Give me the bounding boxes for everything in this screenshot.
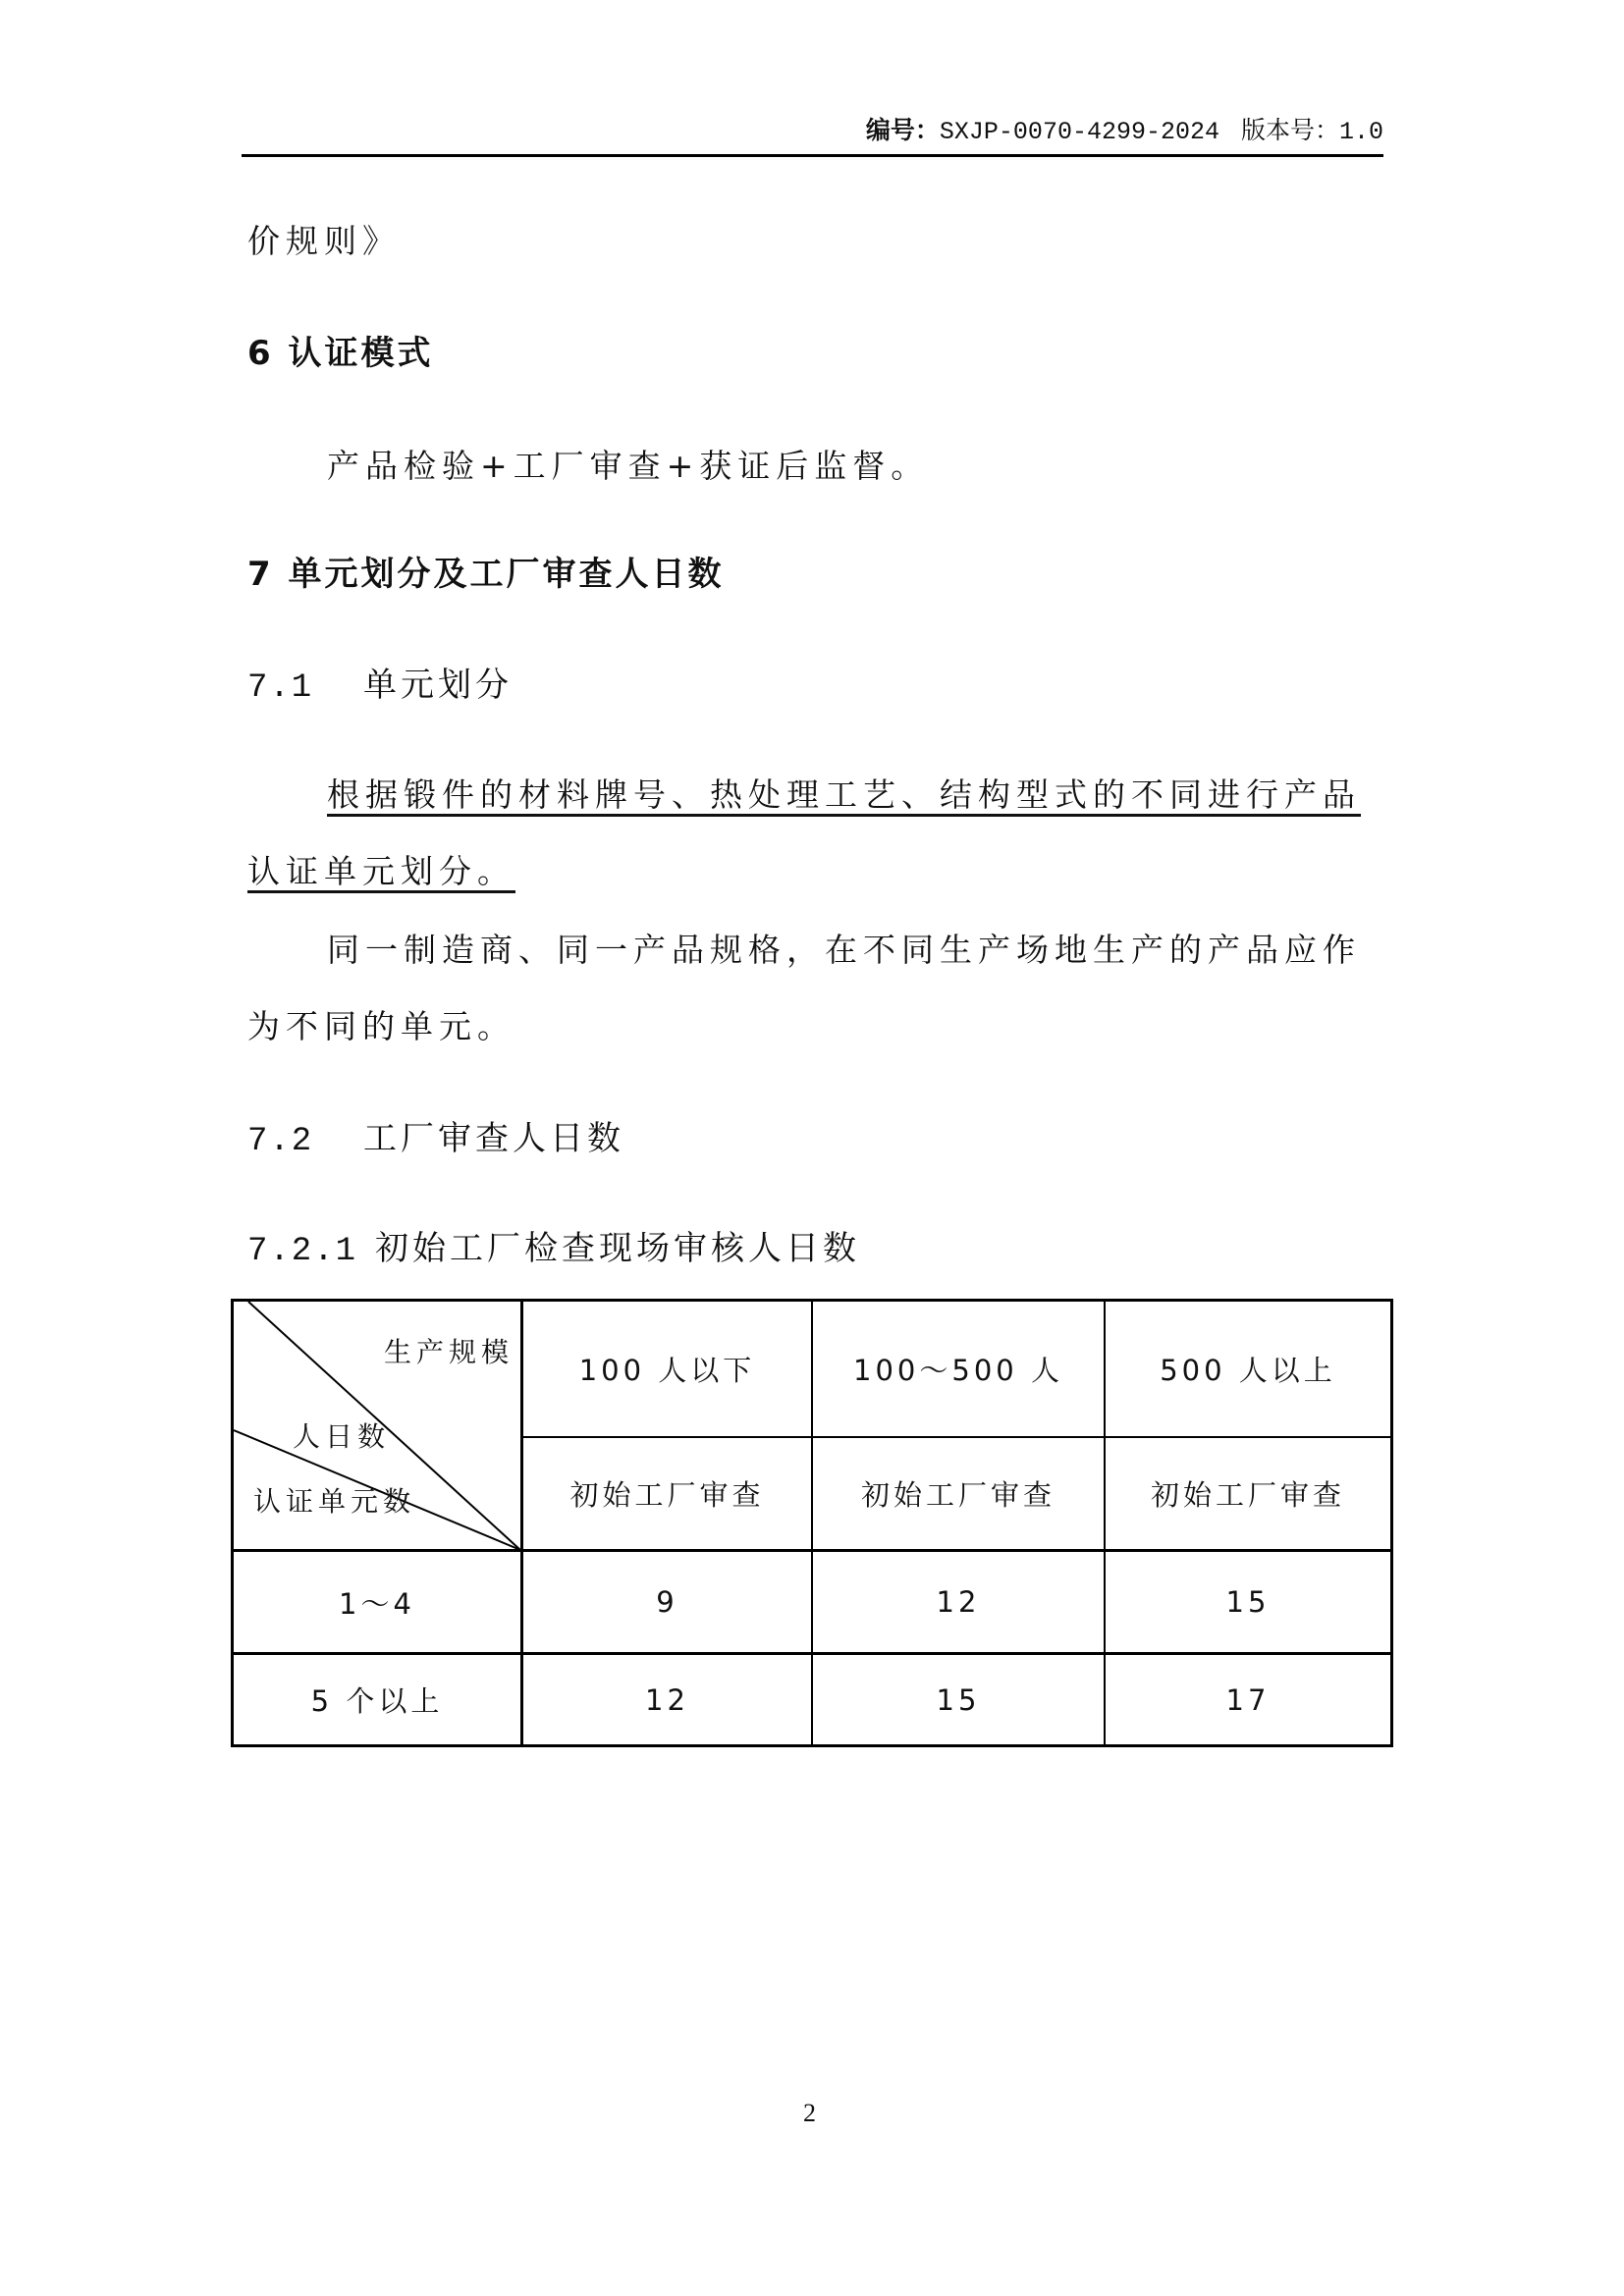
header-rule bbox=[242, 154, 1383, 157]
section-7-2-1-title: 初始工厂检查现场审核人日数 bbox=[375, 1229, 860, 1268]
document-header: 编号：SXJP-0070-4299-2024版本号：1.0 bbox=[242, 116, 1383, 155]
audit-man-days-table: 生产规模 人日数 认证单元数 100 人以下 100～500 人 500 人以上… bbox=[231, 1299, 1393, 1747]
table-cell-value: 9 bbox=[523, 1552, 811, 1652]
section-7-1-para1-line1: 根据锻件的材料牌号、热处理工艺、结构型式的不同进行产品 bbox=[327, 775, 1361, 815]
row-label-5-plus-units: 5 个以上 bbox=[234, 1655, 520, 1744]
section-7-1-number: 7.1 bbox=[247, 668, 363, 708]
table-cell-value: 17 bbox=[1106, 1655, 1390, 1744]
section-7-1-title: 单元划分 bbox=[363, 666, 513, 705]
corner-label-man-days: 人日数 bbox=[293, 1415, 390, 1455]
section-6-heading: 6 认证模式 bbox=[247, 334, 434, 373]
document-code-label: 编号： bbox=[866, 116, 940, 144]
section-7-1-para1-line2: 认证单元划分。 bbox=[247, 852, 515, 891]
document-code-value: SXJP-0070-4299-2024 bbox=[940, 118, 1219, 146]
section-7-heading: 7 单元划分及工厂审查人日数 bbox=[247, 555, 725, 594]
table-cell-value: 15 bbox=[1106, 1552, 1390, 1652]
corner-label-production-scale: 生产规模 bbox=[384, 1331, 514, 1370]
section-7-2-1-number: 7.2.1 bbox=[247, 1232, 363, 1271]
section-7-1-para2-line2: 为不同的单元。 bbox=[247, 1007, 515, 1046]
section-7-2-title: 工厂审查人日数 bbox=[363, 1119, 624, 1158]
section-7-2-heading: 7.2工厂审查人日数 bbox=[247, 1119, 624, 1161]
section-7-2-number: 7.2 bbox=[247, 1122, 363, 1161]
scale-header-large: 500 人以上 bbox=[1106, 1302, 1390, 1436]
sub-header-initial-audit: 初始工厂审查 bbox=[523, 1438, 811, 1549]
section-7-2-1-heading: 7.2.1初始工厂检查现场审核人日数 bbox=[247, 1229, 860, 1271]
version-value: 1.0 bbox=[1339, 118, 1383, 146]
scale-header-medium: 100～500 人 bbox=[813, 1302, 1104, 1436]
version-label: 版本号： bbox=[1241, 116, 1339, 144]
corner-label-unit-count: 认证单元数 bbox=[253, 1480, 415, 1520]
continuation-text: 价规则》 bbox=[247, 222, 401, 261]
scale-header-small: 100 人以下 bbox=[523, 1302, 811, 1436]
section-6-text: 产品检验+工厂审查+获证后监督。 bbox=[327, 447, 929, 486]
section-7-1-heading: 7.1单元划分 bbox=[247, 666, 513, 708]
table-cell-value: 12 bbox=[813, 1552, 1104, 1652]
page-number: 2 bbox=[803, 2099, 816, 2128]
section-7-1-para2-line1: 同一制造商、同一产品规格，在不同生产场地生产的产品应作 bbox=[327, 931, 1361, 970]
row-label-1-4-units: 1～4 bbox=[234, 1552, 520, 1652]
sub-header-initial-audit: 初始工厂审查 bbox=[813, 1438, 1104, 1549]
sub-header-initial-audit: 初始工厂审查 bbox=[1106, 1438, 1390, 1549]
table-cell-value: 15 bbox=[813, 1655, 1104, 1744]
table-cell-value: 12 bbox=[523, 1655, 811, 1744]
